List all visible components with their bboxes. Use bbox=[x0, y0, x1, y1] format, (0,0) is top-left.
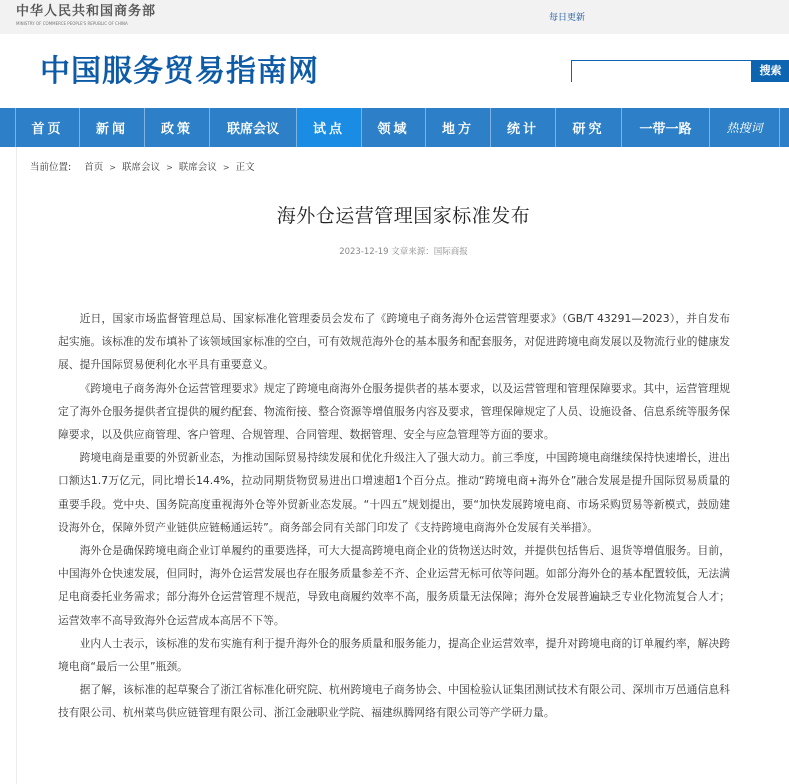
site-title[interactable]: 中国服务贸易指南网 bbox=[40, 52, 319, 92]
article-body: 近日，国家市场监督管理总局、国家标准化管理委员会发布了《跨境电子商务海外仓运营管… bbox=[58, 307, 730, 725]
breadcrumb-label: 当前位置: bbox=[30, 162, 71, 173]
article-paragraph: 近日，国家市场监督管理总局、国家标准化管理委员会发布了《跨境电子商务海外仓运营管… bbox=[58, 307, 730, 377]
ministry-name-cn: 中华人民共和国商务部 bbox=[16, 4, 156, 19]
article-paragraph: 《跨境电子商务海外仓运营管理要求》规定了跨境电商海外仓服务提供者的基本要求，以及… bbox=[58, 377, 730, 447]
nav-item-fields[interactable]: 领域 bbox=[362, 108, 426, 147]
article-paragraph: 跨境电商是重要的外贸新业态，为推动国际贸易持续发展和优化升级注入了强大动力。前三… bbox=[58, 446, 730, 539]
nav-item-research[interactable]: 研究 bbox=[556, 108, 622, 147]
site-header: 中国服务贸易指南网 搜索 bbox=[0, 34, 789, 108]
main-content: 当前位置: 首页 > 联席会议 > 联席会议 > 正文 海外仓运营管理国家标准发… bbox=[16, 147, 789, 784]
nav-item-hot-search[interactable]: 热搜词 bbox=[710, 108, 780, 147]
article-paragraph: 业内人士表示，该标准的发布实施有利于提升海外仓的服务质量和服务能力，提高企业运营… bbox=[58, 632, 730, 678]
breadcrumb-joint-meeting-sub[interactable]: 联席会议 bbox=[179, 162, 217, 173]
breadcrumb-separator: > bbox=[109, 163, 116, 172]
nav-item-policy[interactable]: 政策 bbox=[145, 108, 210, 147]
nav-item-belt-and-road[interactable]: 一带一路 bbox=[622, 108, 710, 147]
nav-item-news[interactable]: 新闻 bbox=[80, 108, 145, 147]
ministry-logo[interactable]: 中华人民共和国商务部 MINISTRY OF COMMERCE PEOPLE'S… bbox=[16, 4, 156, 27]
search-button[interactable]: 搜索 bbox=[752, 60, 789, 82]
nav-item-joint-meeting[interactable]: 联席会议 bbox=[210, 108, 297, 147]
nav-spacer bbox=[0, 108, 16, 147]
breadcrumb-separator: > bbox=[166, 163, 173, 172]
search-box bbox=[571, 60, 752, 82]
daily-update-link[interactable]: 每日更新 bbox=[549, 10, 585, 23]
breadcrumb-separator: > bbox=[223, 163, 230, 172]
search-input[interactable] bbox=[572, 63, 751, 83]
breadcrumb-joint-meeting[interactable]: 联席会议 bbox=[122, 162, 160, 173]
article-paragraph: 海外仓是确保跨境电商企业订单履约的重要选择，可大大提高跨境电商企业的货物送达时效… bbox=[58, 539, 730, 632]
article-title: 海外仓运营管理国家标准发布 bbox=[17, 203, 789, 229]
nav-item-local[interactable]: 地方 bbox=[426, 108, 491, 147]
nav-item-statistics[interactable]: 统计 bbox=[491, 108, 556, 147]
breadcrumb: 当前位置: 首页 > 联席会议 > 联席会议 > 正文 bbox=[30, 159, 255, 173]
nav-item-home[interactable]: 首页 bbox=[16, 108, 80, 147]
article-meta: 2023-12-19 文章来源：国际商报 bbox=[17, 245, 789, 257]
nav-item-pilot[interactable]: 试点 bbox=[297, 108, 362, 147]
breadcrumb-home[interactable]: 首页 bbox=[84, 162, 103, 173]
ministry-name-en: MINISTRY OF COMMERCE PEOPLE'S REPUBLIC O… bbox=[16, 21, 156, 27]
breadcrumb-current: 正文 bbox=[236, 162, 255, 173]
article-paragraph: 据了解，该标准的起草聚合了浙江省标准化研究院、杭州跨境电子商务协会、中国检验认证… bbox=[58, 678, 730, 724]
top-bar: 中华人民共和国商务部 MINISTRY OF COMMERCE PEOPLE'S… bbox=[0, 0, 789, 34]
main-nav: 首页 新闻 政策 联席会议 试点 领域 地方 统计 研究 一带一路 热搜词 bbox=[0, 108, 789, 147]
